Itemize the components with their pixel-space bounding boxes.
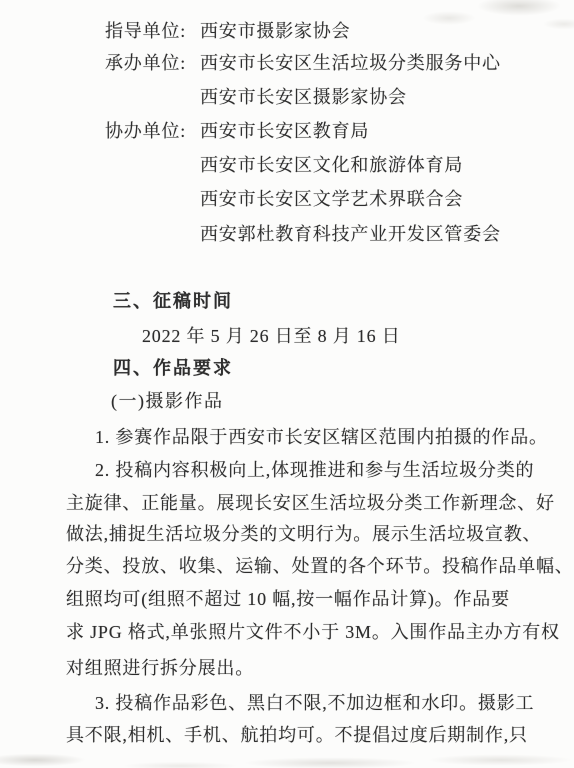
body-text-line: 1. 参赛作品限于西安市长安区辖区范围内拍摄的作品。: [95, 423, 548, 449]
item-2-line-6: 求 JPG 格式,单张照片文件不小于 3M。入围作品主办方有权: [0, 618, 574, 644]
item-2-line-7: 对组照进行拆分展出。: [0, 654, 574, 680]
item-2-line-5: 组照均可(组照不超过 10 幅,按一幅作品计算)。作品要: [0, 585, 574, 611]
item-2-line-1: 2. 投稿内容积极向上,体现推进和参与生活垃圾分类的: [0, 456, 574, 482]
body-text-line: 做法,捕捉生活垃圾分类的文明行为。展示生活垃圾宣教、: [66, 520, 541, 546]
host-unit-org-1: 西安市长安区生活垃圾分类服务中心: [200, 49, 501, 75]
body-text-line: 主旋律、正能量。展现长安区生活垃圾分类工作新理念、好: [66, 489, 555, 515]
body-text-line: 求 JPG 格式,单张照片文件不小于 3M。入围作品主办方有权: [66, 618, 560, 644]
body-text-line: 3. 投稿作品彩色、黑白不限,不加边框和水印。摄影工: [95, 689, 534, 715]
co-unit-org-1: 西安市长安区教育局: [200, 117, 369, 143]
host-unit-label: 承办单位:: [105, 49, 186, 75]
item-3-line-2: 具不限,相机、手机、航拍均可。不提倡过度后期制作,只: [0, 721, 574, 747]
guide-unit-org: 西安市摄影家协会: [200, 17, 350, 43]
body-text-line: 分类、投放、收集、运输、处置的各个环节。投稿作品单幅、: [66, 552, 574, 578]
section-4-subsection-line: (一)摄影作品: [0, 387, 574, 413]
item-1-line-1: 1. 参赛作品限于西安市长安区辖区范围内拍摄的作品。: [0, 423, 574, 449]
guide-unit-label: 指导单位:: [105, 17, 186, 43]
item-2-line-4: 分类、投放、收集、运输、处置的各个环节。投稿作品单幅、: [0, 552, 574, 578]
co-unit-org-2: 西安市长安区文化和旅游体育局: [200, 151, 463, 177]
organizer-line-host: 承办单位: 西安市长安区生活垃圾分类服务中心: [0, 49, 574, 75]
organizer-line-guide: 指导单位: 西安市摄影家协会: [0, 17, 574, 43]
section-3-heading: 三、征稿时间: [113, 287, 233, 313]
section-4-heading: 四、作品要求: [113, 354, 233, 380]
document-page: 指导单位: 西安市摄影家协会 承办单位: 西安市长安区生活垃圾分类服务中心 西安…: [0, 0, 574, 768]
body-text-line: 2. 投稿内容积极向上,体现推进和参与生活垃圾分类的: [95, 456, 534, 482]
item-3-line-1: 3. 投稿作品彩色、黑白不限,不加边框和水印。摄影工: [0, 689, 574, 715]
section-4-heading-line: 四、作品要求: [0, 354, 574, 380]
organizer-line-co-cont-1: 西安市长安区文化和旅游体育局: [0, 151, 574, 177]
section-3-date-line: 2022 年 5 月 26 日至 8 月 16 日: [0, 322, 574, 348]
body-text-line: 组照均可(组照不超过 10 幅,按一幅作品计算)。作品要: [66, 585, 510, 611]
submission-date-range: 2022 年 5 月 26 日至 8 月 16 日: [142, 322, 401, 348]
co-unit-org-4: 西安郭杜教育科技产业开发区管委会: [200, 220, 501, 246]
body-text-line: 对组照进行拆分展出。: [66, 654, 254, 680]
section-3-heading-line: 三、征稿时间: [0, 287, 574, 313]
co-unit-org-3: 西安市长安区文学艺术界联合会: [200, 185, 463, 211]
item-2-line-3: 做法,捕捉生活垃圾分类的文明行为。展示生活垃圾宣教、: [0, 520, 574, 546]
body-text-line: 具不限,相机、手机、航拍均可。不提倡过度后期制作,只: [66, 721, 528, 747]
host-unit-org-2: 西安市长安区摄影家协会: [200, 83, 407, 109]
subsection-1-title: (一)摄影作品: [111, 387, 224, 413]
organizer-line-host-cont: 西安市长安区摄影家协会: [0, 83, 574, 109]
item-2-line-2: 主旋律、正能量。展现长安区生活垃圾分类工作新理念、好: [0, 489, 574, 515]
organizer-line-co-cont-2: 西安市长安区文学艺术界联合会: [0, 185, 574, 211]
organizer-line-co: 协办单位: 西安市长安区教育局: [0, 117, 574, 143]
organizer-line-co-cont-3: 西安郭杜教育科技产业开发区管委会: [0, 220, 574, 246]
co-unit-label: 协办单位:: [105, 117, 186, 143]
